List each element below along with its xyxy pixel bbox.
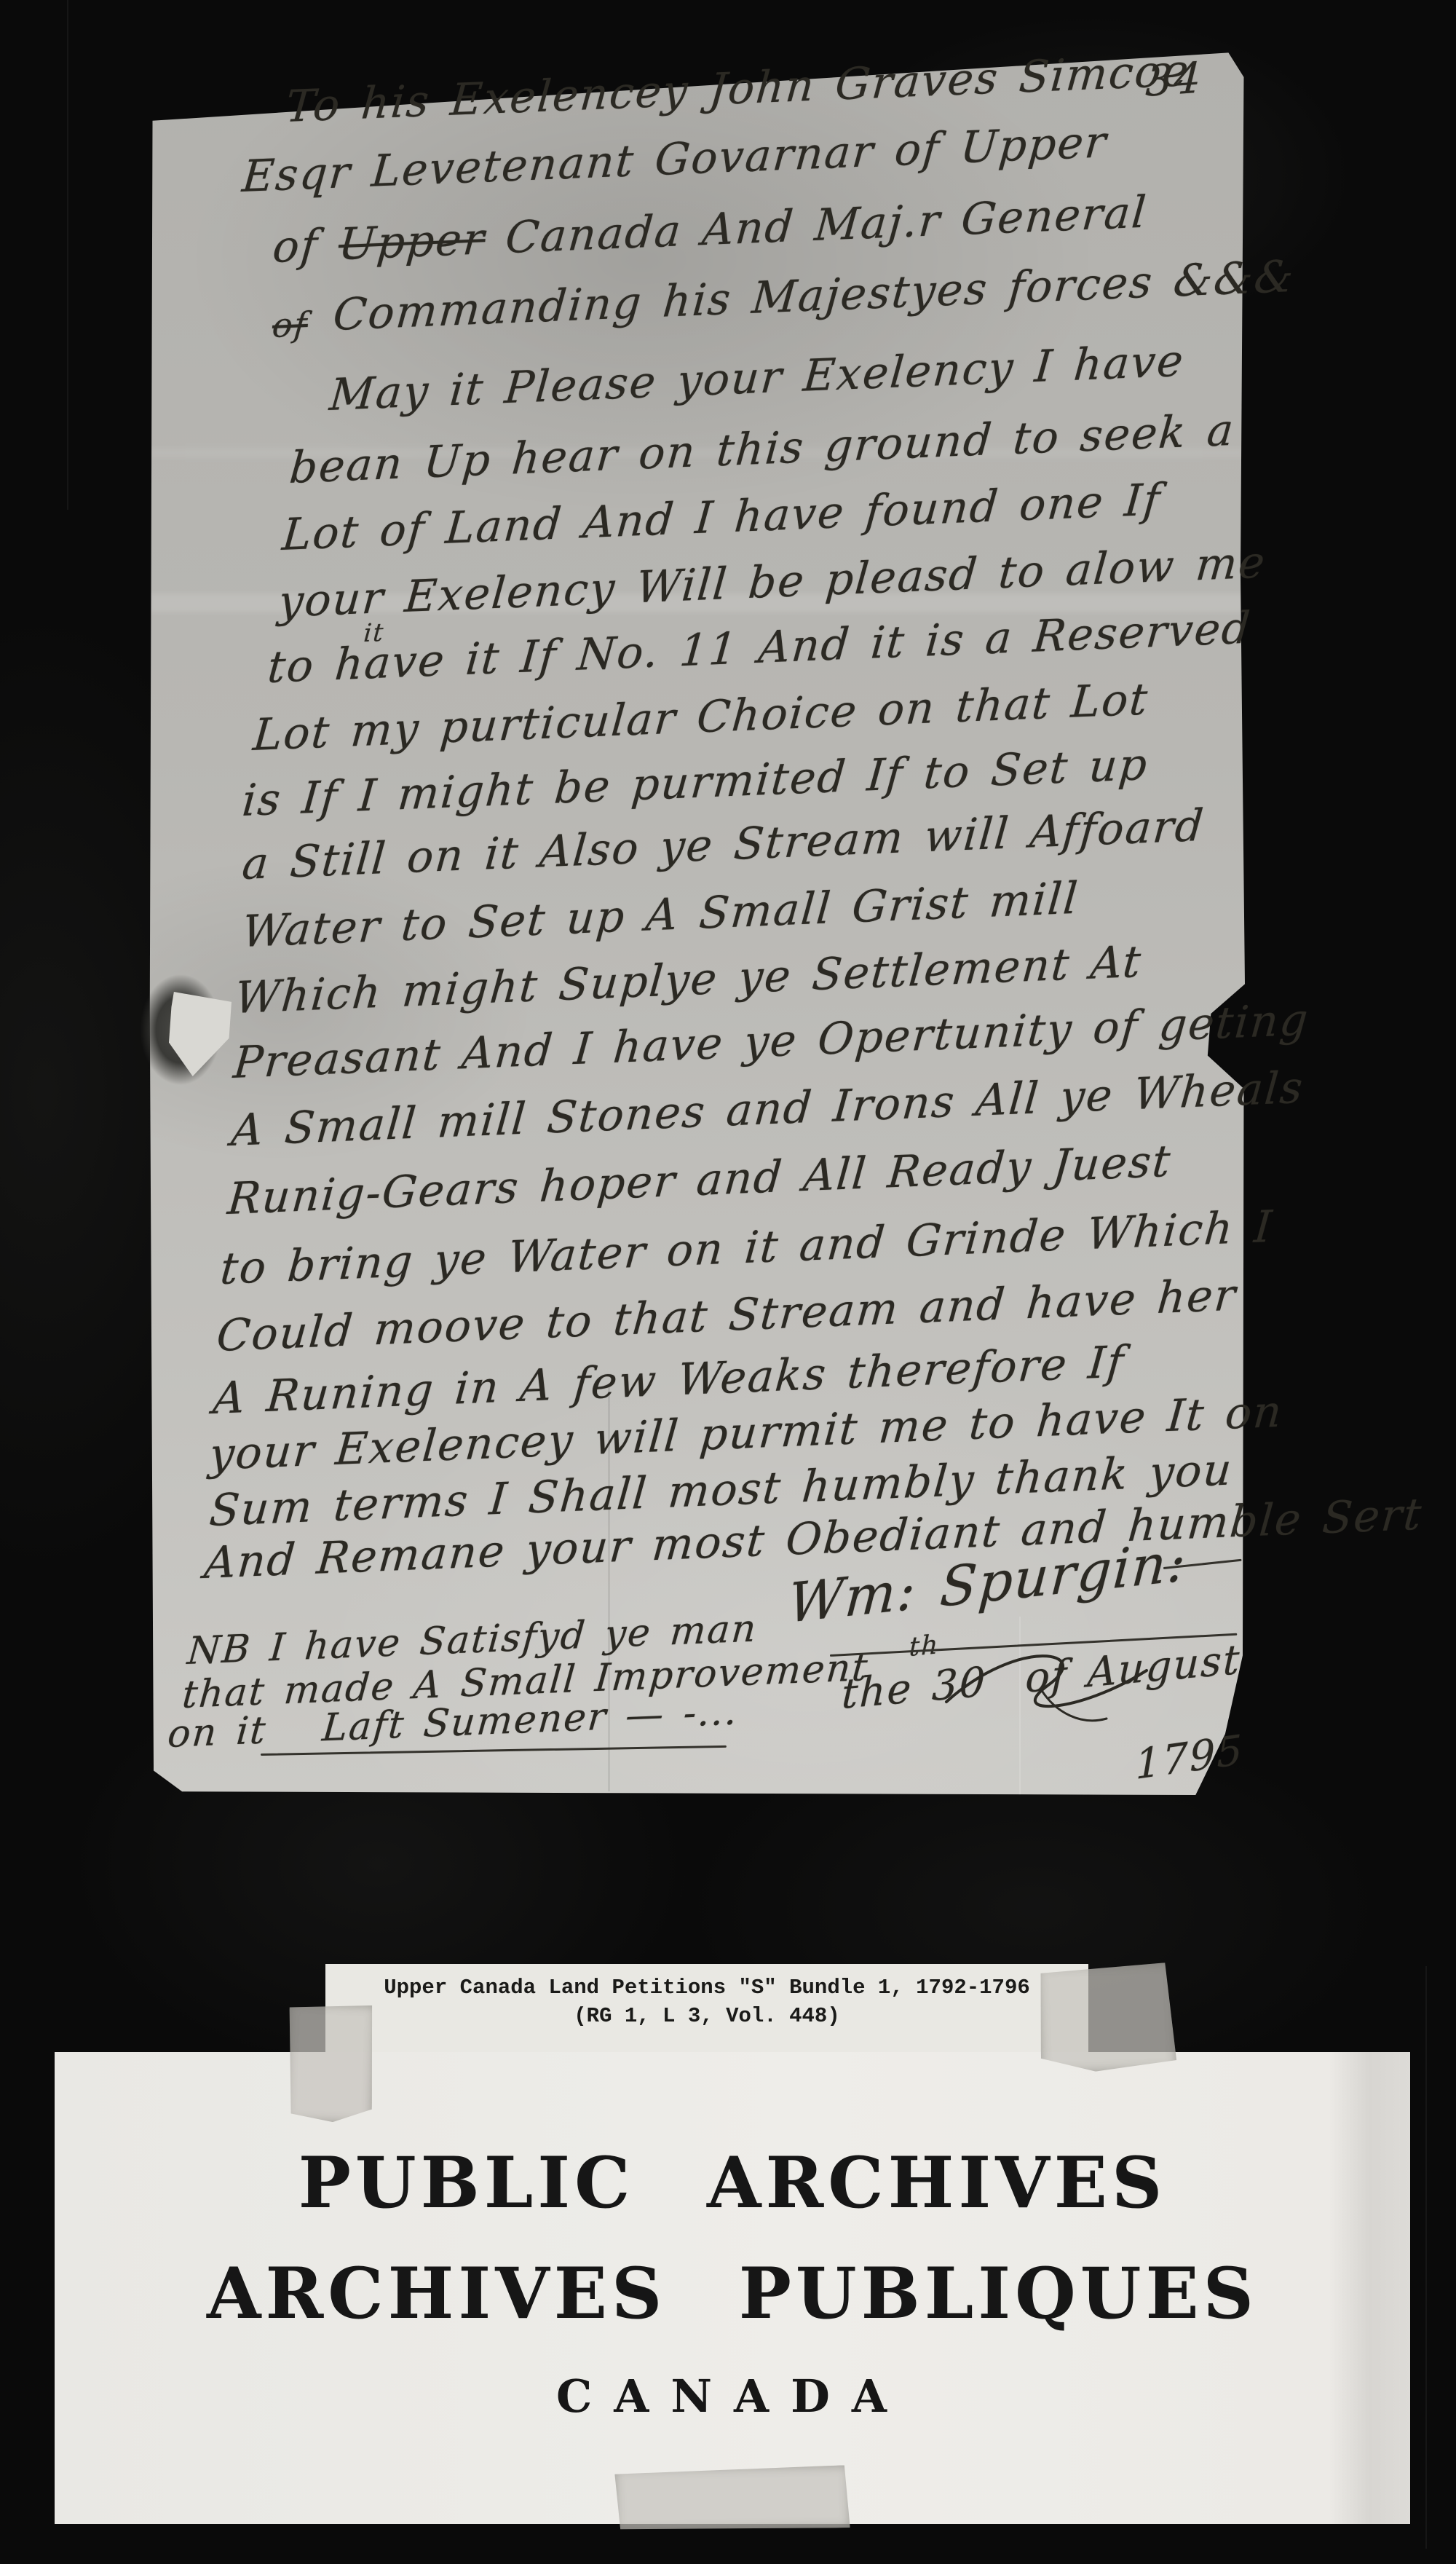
archives-card: PUBLIC ARCHIVES ARCHIVES PUBLIQUES CANAD… <box>55 2052 1410 2524</box>
struck-word: Upper <box>336 213 487 270</box>
letter-line: May it Please your Exelency I have <box>328 336 1187 421</box>
archives-title-french: ARCHIVES PUBLIQUES <box>55 2218 1410 2329</box>
letter-line: 1795 <box>1135 1727 1244 1789</box>
letter-line: of <box>271 304 309 345</box>
archives-country-label: CANADA <box>55 2329 1410 2423</box>
struck-word: of <box>271 304 309 345</box>
archives-title-english: PUBLIC ARCHIVES <box>55 2052 1410 2218</box>
letter-text: Esqr Levetenant Govarnar of Upper <box>240 117 1109 202</box>
label-collection-title: Upper Canada Land Petitions "S" Bundle 1… <box>325 1964 1088 2000</box>
microfilm-frame: 34 Wm: Spurgin: To his Exelencey John Gr… <box>0 0 1456 2564</box>
tape-piece-left <box>285 2003 376 2123</box>
letter-line: th <box>909 1630 940 1662</box>
letter-text: th <box>909 1630 940 1662</box>
letter-line: Esqr Levetenant Govarnar of Upper <box>240 117 1109 202</box>
letter-text: May it Please your Exelency I have <box>328 336 1187 421</box>
typed-label-card: Upper Canada Land Petitions "S" Bundle 1… <box>325 1964 1088 2062</box>
letter-text: 1795 <box>1135 1727 1244 1789</box>
tape-piece-bottom <box>614 2465 850 2532</box>
letter-text: Canada And Maj.r General <box>483 186 1150 264</box>
letter-line: of Upper Canada And Maj.r General <box>271 186 1150 273</box>
tape-piece-right <box>1038 1963 1177 2073</box>
label-reference-code: (RG 1, L 3, Vol. 448) <box>325 2000 1088 2028</box>
letter-text: of <box>271 219 341 273</box>
